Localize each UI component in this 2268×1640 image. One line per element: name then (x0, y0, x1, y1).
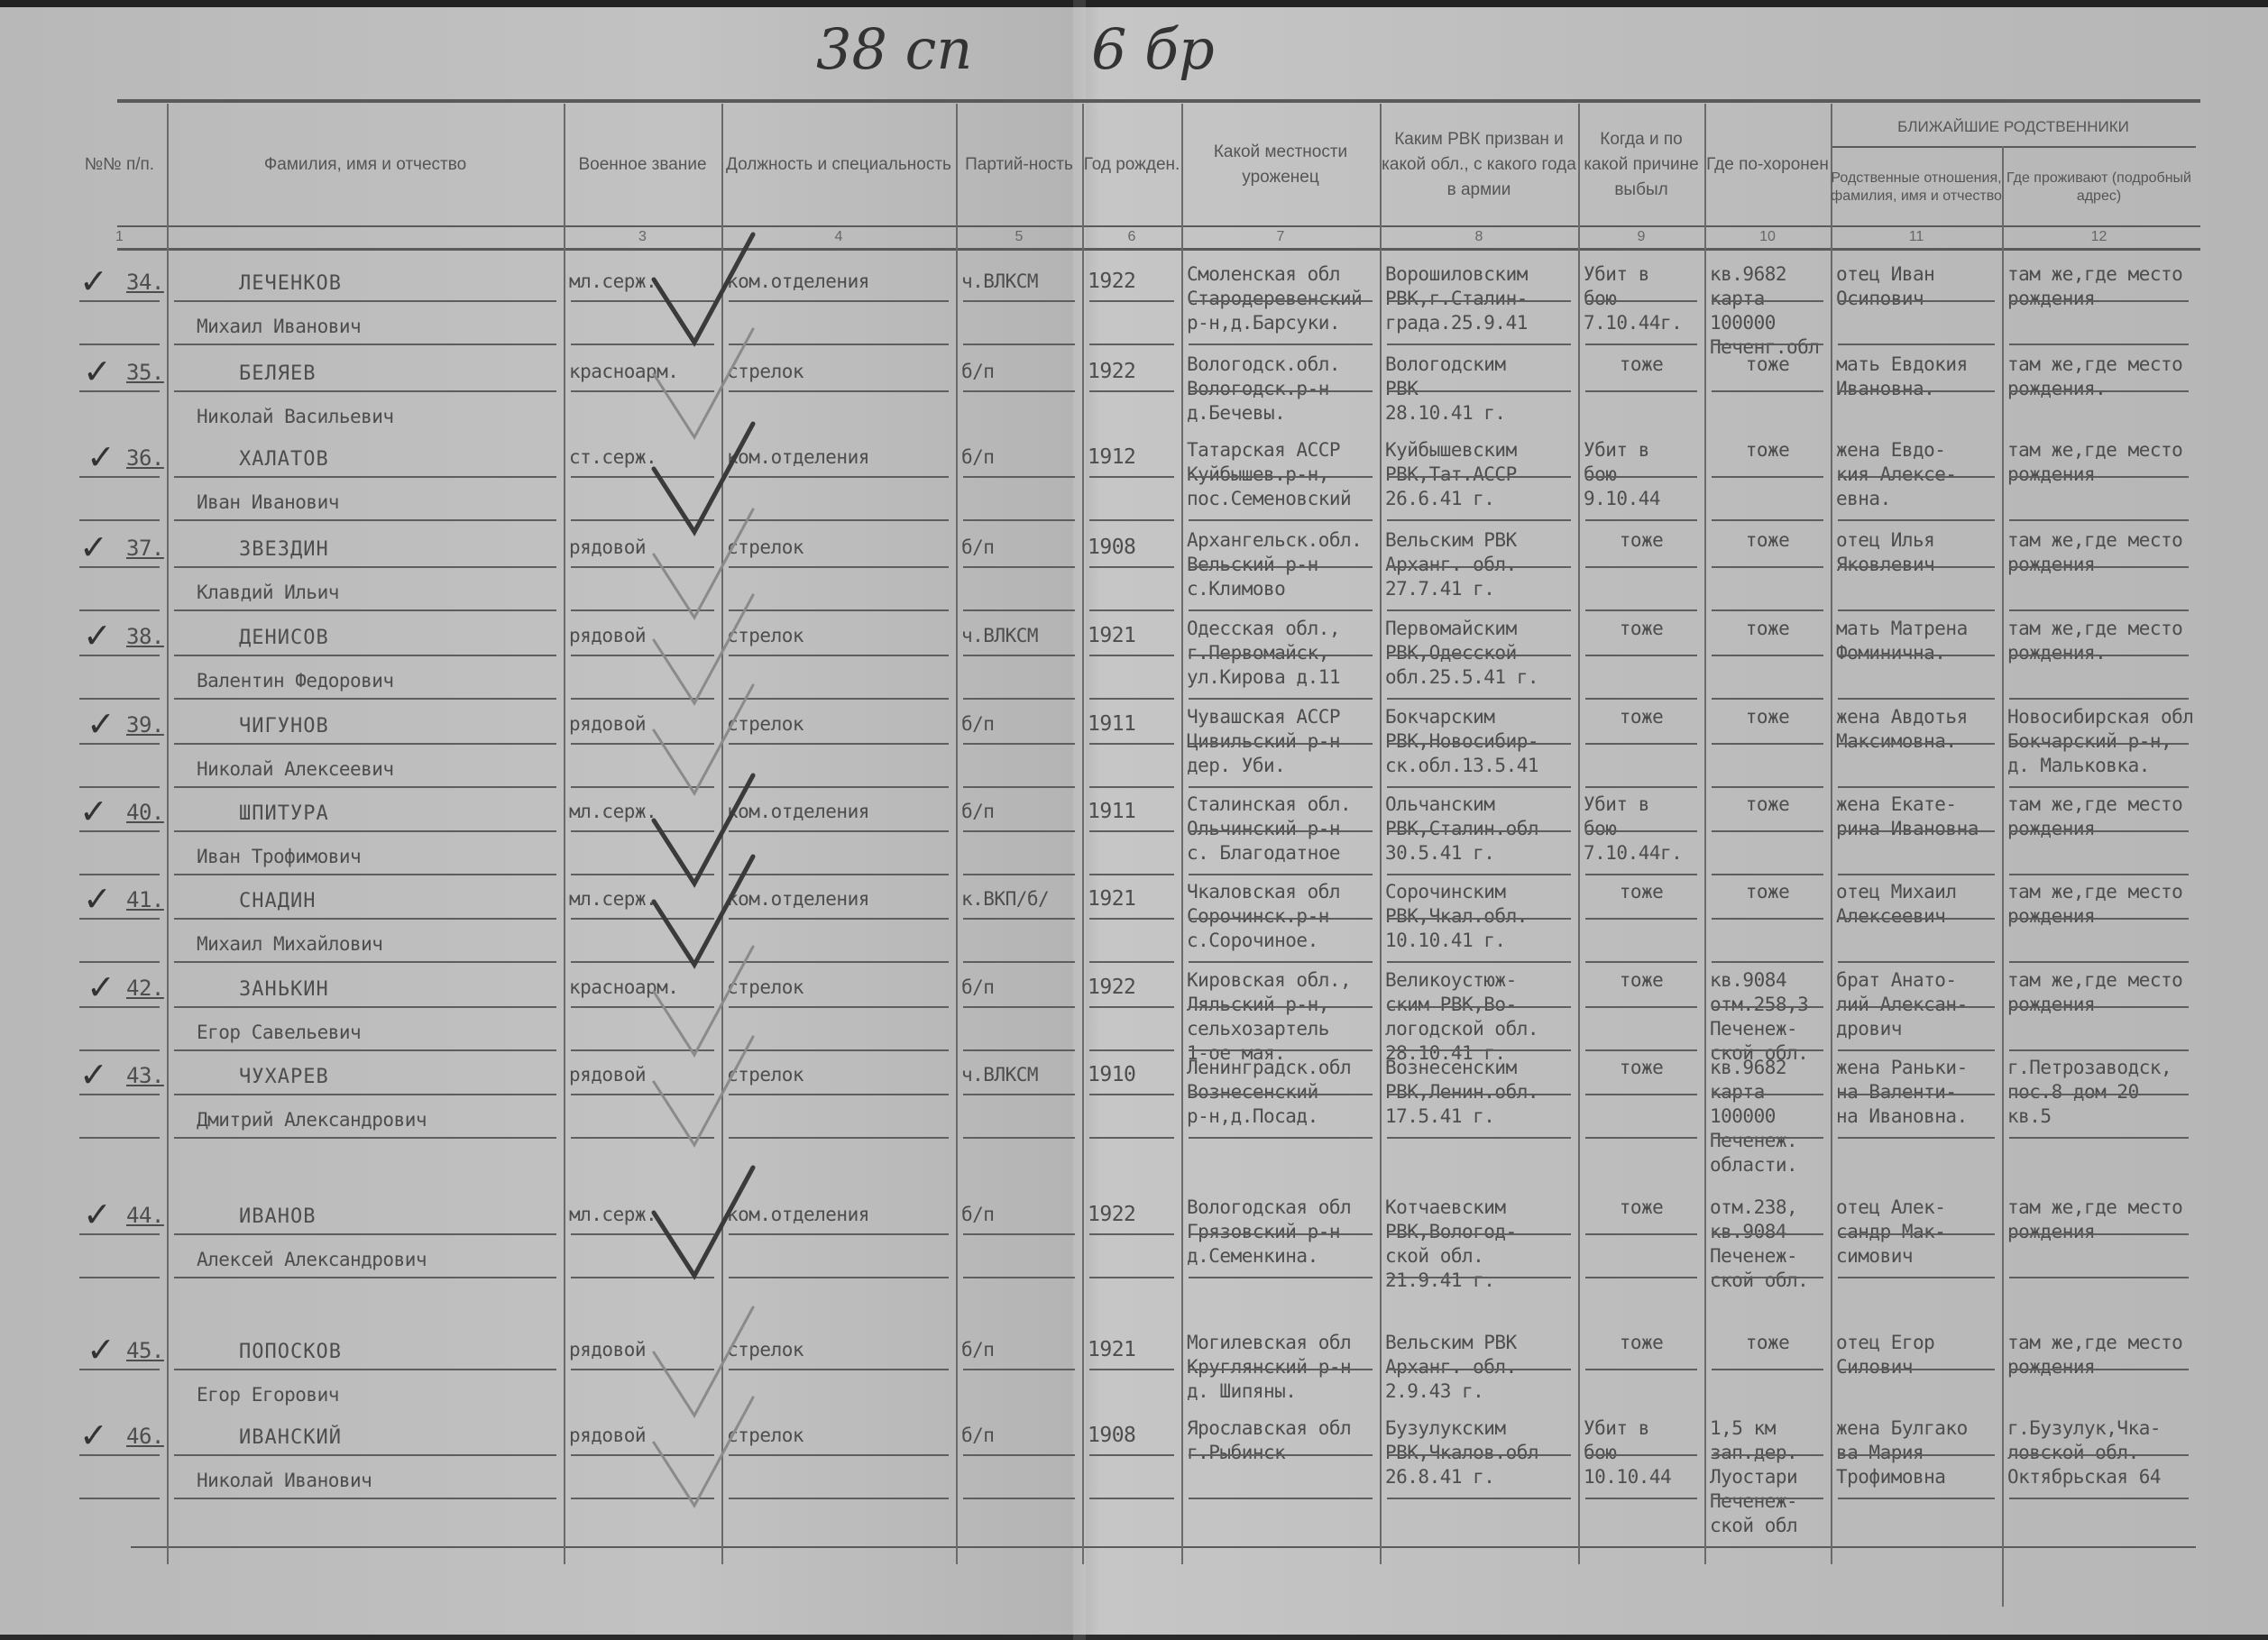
row-rule (1089, 609, 1174, 611)
row-rule (1585, 390, 1697, 392)
check-mark-icon (654, 947, 753, 1055)
row-rule (1089, 1137, 1174, 1139)
row-rule (1387, 1137, 1571, 1139)
row-rule (1189, 918, 1373, 920)
cell-when: тоже (1584, 617, 1699, 641)
row-rule (1089, 1094, 1174, 1095)
row-rule (729, 830, 949, 832)
row-rule (79, 874, 160, 875)
relatives-group-header: БЛИЖАЙШИЕ РОДСТВЕННИКИ (1831, 110, 2196, 144)
row-rule (1585, 1277, 1697, 1278)
row-rule (571, 1369, 714, 1370)
row-rule (1712, 1049, 1823, 1051)
column-divider (564, 104, 565, 1564)
relatives-subheader-rule (1831, 146, 2196, 148)
row-rule (79, 476, 160, 478)
row-rule (1189, 390, 1373, 392)
row-rule (1712, 1277, 1823, 1278)
row-rule (571, 300, 714, 302)
row-rule (1585, 476, 1697, 478)
row-rule (174, 743, 556, 745)
row-rule (174, 344, 556, 345)
row-rule (1838, 344, 1995, 345)
row-rule (1189, 655, 1373, 656)
cell-rank: мл.серж. (569, 1203, 657, 1227)
row-number: 44. (126, 1204, 164, 1228)
row-rule (2009, 1233, 2189, 1235)
row-rule (963, 519, 1075, 521)
column-divider (1704, 104, 1706, 1564)
cell-when: Убит в бою 7.10.44г. (1584, 262, 1682, 335)
cell-year: 1922 (1088, 360, 1135, 384)
cell-relative: отец Михаил Алексеевич (1836, 880, 1957, 929)
row-rule (571, 1094, 714, 1095)
cell-rvk: Вознесенским РВК,Ленин.обл. 17.5.41 г. (1385, 1056, 1538, 1129)
handwritten-check-icon: ✓ (87, 1330, 115, 1370)
row-rule (571, 476, 714, 478)
row-rule (963, 1049, 1075, 1051)
cell-buried: тоже (1710, 617, 1825, 641)
cell-address: там же,где место рождения. (2007, 353, 2182, 401)
cell-rank: красноарм. (569, 976, 678, 1000)
row-rule (1189, 1277, 1373, 1278)
surname: ШПИТУРА (239, 802, 329, 826)
cell-year: 1912 (1088, 445, 1135, 470)
row-rule (1838, 874, 1995, 875)
row-rule (729, 1277, 949, 1278)
row-rule (1089, 743, 1174, 745)
row-rule (1838, 743, 1995, 745)
column-number-number: 1 (72, 229, 167, 245)
cell-year: 1908 (1088, 1424, 1135, 1448)
row-rule (79, 344, 160, 345)
row-rule (1712, 830, 1823, 832)
row-rule (571, 874, 714, 875)
row-rule (1585, 830, 1697, 832)
handwritten-check-icon: ✓ (79, 527, 108, 567)
given-names: Николай Алексеевич (197, 757, 394, 782)
row-rule (1089, 786, 1174, 788)
cell-relative: жена Булгако ва Мария Трофимовна (1836, 1416, 1968, 1489)
row-rule (1189, 609, 1373, 611)
row-rule (1585, 961, 1697, 963)
row-rule (174, 1498, 556, 1499)
column-divider (1181, 104, 1183, 1564)
row-rule (1585, 655, 1697, 656)
row-rule (571, 1454, 714, 1456)
row-rule (174, 519, 556, 521)
cell-position: стрелок (727, 1063, 803, 1087)
row-rule (1585, 344, 1697, 345)
row-rule (1189, 786, 1373, 788)
table-bottom-rule (131, 1546, 2196, 1548)
check-mark-icon (654, 595, 753, 703)
row-rule (1089, 1369, 1174, 1370)
row-rule (1585, 1369, 1697, 1370)
cell-year: 1922 (1088, 1203, 1135, 1227)
row-rule (963, 786, 1075, 788)
row-rule (1189, 1369, 1373, 1370)
row-rule (2009, 519, 2189, 521)
row-rule (2009, 1498, 2189, 1499)
surname: ЛЕЧЕНКОВ (239, 271, 342, 296)
row-rule (174, 874, 556, 875)
row-rule (571, 698, 714, 700)
cell-position: ком.отделения (727, 270, 869, 294)
cell-when: тоже (1584, 1056, 1699, 1080)
row-rule (1712, 300, 1823, 302)
row-rule (2009, 1277, 2189, 1278)
row-rule (1585, 566, 1697, 568)
cell-origin: Смоленская обл Стародеревенский р-н,д.Ба… (1187, 262, 1362, 335)
row-rule (79, 1137, 160, 1139)
cell-party: к.ВКП/б/ (961, 887, 1049, 912)
cell-origin: Ленинградск.обл Вознесенский р-н,д.Посад… (1187, 1056, 1351, 1129)
row-rule (1387, 961, 1571, 963)
row-rule (963, 1369, 1075, 1370)
row-rule (1387, 1094, 1571, 1095)
cell-position: стрелок (727, 1338, 803, 1362)
surname: ПОПОСКОВ (239, 1340, 342, 1364)
cell-party: ч.ВЛКСМ (961, 1063, 1038, 1087)
cell-address: там же,где место рождения (2007, 968, 2182, 1017)
check-mark-icon (654, 1037, 753, 1145)
row-rule (1189, 961, 1373, 963)
row-rule (729, 300, 949, 302)
row-rule (1189, 1094, 1373, 1095)
row-rule (963, 1498, 1075, 1499)
row-rule (1712, 390, 1823, 392)
cell-origin: Могилевская обл Круглянский р-н д. Шипян… (1187, 1331, 1351, 1404)
row-rule (2009, 743, 2189, 745)
row-rule (571, 1277, 714, 1278)
cell-when: тоже (1584, 528, 1699, 553)
row-rule (729, 918, 949, 920)
cell-relative: брат Анато- лий Алексан- дрович (1836, 968, 1968, 1041)
row-rule (1712, 786, 1823, 788)
row-rule (174, 476, 556, 478)
row-rule (1387, 830, 1571, 832)
row-rule (571, 786, 714, 788)
handwritten-check-icon: ✓ (83, 616, 112, 655)
cell-rvk: Вельским РВК Арханг. обл. 2.9.43 г. (1385, 1331, 1517, 1404)
row-rule (1387, 519, 1571, 521)
cell-when: Убит в бою 9.10.44 (1584, 438, 1660, 511)
row-rule (729, 1369, 949, 1370)
row-rule (571, 1233, 714, 1235)
row-rule (1585, 918, 1697, 920)
row-rule (1838, 1233, 1995, 1235)
column-divider (1578, 104, 1580, 1564)
row-rule (79, 390, 160, 392)
cell-position: ком.отделения (727, 445, 869, 470)
cell-address: г.Бузулук,Чка- ловской обл. Октябрьская … (2007, 1416, 2161, 1489)
row-rule (1387, 918, 1571, 920)
row-rule (79, 961, 160, 963)
cell-when: Убит в бою 10.10.44 (1584, 1416, 1671, 1489)
row-rule (2009, 300, 2189, 302)
cell-buried: тоже (1710, 438, 1825, 463)
row-rule (1838, 961, 1995, 963)
cell-relative: жена Раньки- на Валенти- на Ивановна. (1836, 1056, 1968, 1129)
cell-origin: Архангельск.обл. Вельский р-н с.Климово (1187, 528, 1362, 601)
row-rule (174, 1454, 556, 1456)
cell-rank: рядовой (569, 1424, 646, 1448)
column-header-buried: Где по-хоронен (1704, 106, 1831, 224)
given-names: Иван Трофимович (197, 845, 361, 869)
given-names: Иван Иванович (197, 490, 339, 515)
cell-address: там же,где место рождения (2007, 438, 2182, 487)
row-rule (1838, 1094, 1995, 1095)
row-rule (1387, 390, 1571, 392)
cell-when: тоже (1584, 880, 1699, 904)
cell-address: там же,где место рождения (2007, 880, 2182, 929)
row-rule (571, 1006, 714, 1008)
cell-buried: тоже (1710, 528, 1825, 553)
row-rule (174, 698, 556, 700)
row-rule (729, 1094, 949, 1095)
row-rule (79, 1454, 160, 1456)
row-rule (1387, 874, 1571, 875)
cell-when: Убит в бою 7.10.44г. (1584, 793, 1682, 866)
handwritten-check-icon: ✓ (79, 1416, 108, 1455)
column-number-when: 9 (1578, 229, 1704, 245)
row-rule (963, 698, 1075, 700)
cell-address: там же,где место рождения (2007, 1196, 2182, 1244)
row-rule (79, 1233, 160, 1235)
column-header-name: Фамилия, имя и отчество (167, 106, 564, 224)
column-number-address: 12 (2002, 229, 2196, 245)
row-number: 39. (126, 713, 164, 738)
cell-party: ч.ВЛКСМ (961, 624, 1038, 648)
row-rule (1387, 1006, 1571, 1008)
cell-origin: Вологодск.обл. Вологодск.р-н д.Бечевы. (1187, 353, 1340, 426)
row-rule (729, 655, 949, 656)
row-rule (1089, 830, 1174, 832)
row-rule (1585, 300, 1697, 302)
surname: ИВАНСКИЙ (239, 1425, 342, 1450)
column-header-number: №№ п/п. (72, 106, 167, 224)
row-rule (2009, 1369, 2189, 1370)
row-rule (79, 1498, 160, 1499)
given-names: Алексей Александрович (197, 1248, 427, 1272)
row-rule (963, 961, 1075, 963)
row-rule (2009, 830, 2189, 832)
column-number-origin: 7 (1181, 229, 1380, 245)
row-rule (1387, 1233, 1571, 1235)
row-rule (1189, 1049, 1373, 1051)
cell-year: 1921 (1088, 624, 1135, 648)
row-rule (174, 786, 556, 788)
cell-position: стрелок (727, 536, 803, 560)
column-divider (721, 104, 723, 1564)
surname: СНАДИН (239, 889, 316, 913)
surname: БЕЛЯЕВ (239, 362, 316, 386)
row-rule (1387, 1049, 1571, 1051)
column-number-rank: 3 (564, 229, 721, 245)
row-rule (1838, 476, 1995, 478)
cell-when: тоже (1584, 1331, 1699, 1355)
cell-relative: отец Илья Яковлевич (1836, 528, 1934, 577)
row-rule (174, 830, 556, 832)
row-rule (963, 830, 1075, 832)
row-rule (79, 1369, 160, 1370)
scan-border-top (0, 0, 2268, 7)
row-number: 41. (126, 888, 164, 912)
cell-rank: мл.серж. (569, 887, 657, 912)
cell-relative: отец Иван Осипович (1836, 262, 1934, 311)
handwritten-check-icon: ✓ (87, 967, 115, 1007)
row-rule (729, 786, 949, 788)
row-rule (1585, 698, 1697, 700)
row-rule (1089, 1454, 1174, 1456)
row-rule (1585, 1137, 1697, 1139)
table-top-rule (117, 99, 2200, 103)
column-header-party: Партий-ность (956, 106, 1082, 224)
row-rule (1189, 300, 1373, 302)
cell-buried: тоже (1710, 353, 1825, 377)
surname: ИВАНОВ (239, 1205, 316, 1229)
row-rule (1838, 566, 1995, 568)
row-rule (1089, 961, 1174, 963)
row-rule (2009, 698, 2189, 700)
cell-buried: 1,5 км зап.дер. Луостари Печенеж- ской о… (1710, 1416, 1797, 1538)
row-rule (2009, 1454, 2189, 1456)
cell-year: 1910 (1088, 1063, 1135, 1087)
column-divider (956, 104, 958, 1564)
row-rule (1387, 344, 1571, 345)
row-rule (729, 519, 949, 521)
cell-year: 1921 (1088, 1338, 1135, 1362)
row-rule (1585, 1454, 1697, 1456)
row-rule (79, 1277, 160, 1278)
row-rule (1838, 655, 1995, 656)
cell-position: стрелок (727, 976, 803, 1000)
cell-position: стрелок (727, 1424, 803, 1448)
row-rule (963, 743, 1075, 745)
cell-party: б/п (961, 445, 994, 470)
row-rule (963, 1454, 1075, 1456)
row-rule (1712, 655, 1823, 656)
row-rule (1089, 874, 1174, 875)
cell-origin: Татарская АССР Куйбышев.р-н, пос.Семенов… (1187, 438, 1351, 511)
row-rule (571, 1498, 714, 1499)
cell-address: там же,где место рождения (2007, 793, 2182, 841)
row-rule (1838, 609, 1995, 611)
row-rule (729, 344, 949, 345)
row-rule (1838, 390, 1995, 392)
cell-position: стрелок (727, 624, 803, 648)
cell-address: Новосибирская обл Бокчарский р-н, д. Мал… (2007, 705, 2193, 778)
row-rule (963, 390, 1075, 392)
cell-rank: мл.серж. (569, 270, 657, 294)
cell-party: ч.ВЛКСМ (961, 270, 1038, 294)
given-names: Егор Савельевич (197, 1021, 361, 1045)
row-number: 42. (126, 976, 164, 1001)
row-rule (1387, 1454, 1571, 1456)
surname: ДЕНИСОВ (239, 626, 329, 650)
column-header-origin: Какой местности уроженец (1181, 106, 1380, 224)
row-rule (1387, 655, 1571, 656)
cell-rank: мл.серж. (569, 800, 657, 824)
row-rule (174, 1233, 556, 1235)
cell-origin: Чувашская АССР Цивильский р-н дер. Уби. (1187, 705, 1340, 778)
cell-buried: тоже (1710, 793, 1825, 817)
column-divider (1380, 104, 1382, 1564)
handwritten-check-icon: ✓ (83, 879, 112, 919)
column-header-year: Год рожден. (1082, 106, 1181, 224)
row-rule (1712, 519, 1823, 521)
row-rule (1585, 519, 1697, 521)
row-rule (79, 786, 160, 788)
given-names: Николай Васильевич (197, 405, 394, 429)
column-divider (1082, 104, 1084, 1564)
row-number: 46. (126, 1425, 164, 1449)
given-names: Николай Иванович (197, 1469, 372, 1493)
row-rule (729, 1049, 949, 1051)
surname: ЗАНЬКИН (239, 977, 329, 1002)
row-rule (174, 300, 556, 302)
row-number: 34. (126, 270, 164, 295)
handwritten-check-icon: ✓ (83, 1195, 112, 1234)
row-rule (1387, 1277, 1571, 1278)
row-rule (1838, 1277, 1995, 1278)
row-rule (2009, 1094, 2189, 1095)
cell-buried: тоже (1710, 1331, 1825, 1355)
column-header-when: Когда и по какой причине выбыл (1578, 106, 1704, 224)
row-rule (571, 609, 714, 611)
cell-when: тоже (1584, 705, 1699, 729)
row-rule (1585, 609, 1697, 611)
row-rule (1089, 918, 1174, 920)
surname: ХАЛАТОВ (239, 447, 329, 472)
given-names: Дмитрий Александрович (197, 1108, 427, 1132)
row-rule (79, 830, 160, 832)
row-rule (1838, 918, 1995, 920)
row-rule (1189, 830, 1373, 832)
row-rule (1089, 390, 1174, 392)
row-rule (1089, 1049, 1174, 1051)
row-rule (963, 1094, 1075, 1095)
cell-rvk: Сорочинским РВК,Чкал.обл. 10.10.41 г. (1385, 880, 1528, 953)
column-divider (1831, 104, 1832, 1564)
row-rule (1089, 1277, 1174, 1278)
cell-buried: тоже (1710, 705, 1825, 729)
cell-relative: жена Авдотья Максимовна. (1836, 705, 1968, 754)
cell-year: 1911 (1088, 800, 1135, 824)
row-rule (1712, 344, 1823, 345)
check-mark-icon (654, 1397, 753, 1506)
row-rule (1089, 1233, 1174, 1235)
handwritten-check-icon: ✓ (79, 792, 108, 831)
row-rule (174, 390, 556, 392)
cell-rank: рядовой (569, 1063, 646, 1087)
row-rule (1712, 1137, 1823, 1139)
row-rule (79, 609, 160, 611)
row-rule (1089, 344, 1174, 345)
row-rule (79, 1094, 160, 1095)
row-rule (1712, 1454, 1823, 1456)
row-rule (1712, 743, 1823, 745)
column-header-relative: Родственные отношения, фамилия, имя и от… (1831, 151, 2002, 224)
row-rule (571, 344, 714, 345)
row-rule (1387, 476, 1571, 478)
row-rule (963, 566, 1075, 568)
row-rule (571, 566, 714, 568)
row-rule (1387, 743, 1571, 745)
cell-year: 1921 (1088, 887, 1135, 912)
cell-year: 1922 (1088, 976, 1135, 1000)
